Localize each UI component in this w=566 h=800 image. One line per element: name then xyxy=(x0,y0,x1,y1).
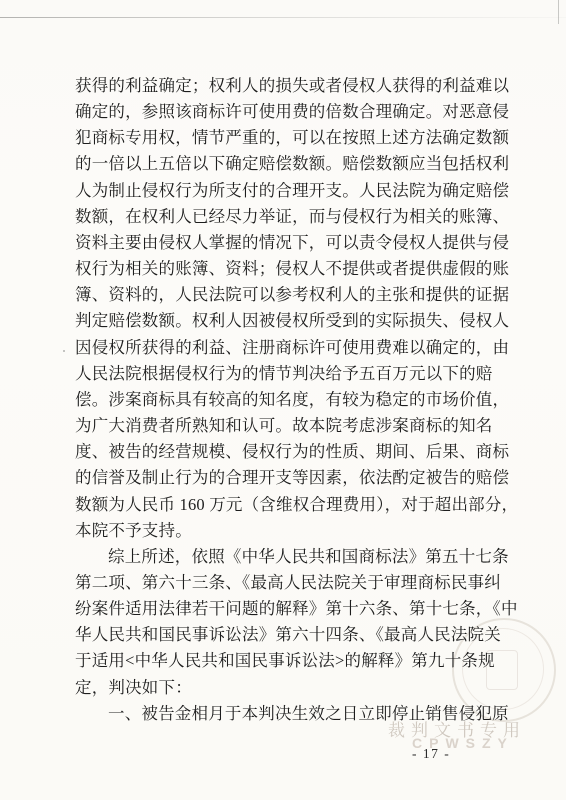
text-line: 度、被告的经营规模、侵权行为的性质、期间、后果、商标 xyxy=(75,439,490,465)
text-line: 第二项、第六十三条、《最高人民法院关于审理商标民事纠 xyxy=(75,570,490,596)
paragraph: 综上所述，依照《中华人民共和国商标法》第五十七条第二项、第六十三条、《最高人民法… xyxy=(75,544,490,701)
text-line: 为广大消费者所熟知和认可。故本院考虑涉案商标的知名 xyxy=(75,413,490,439)
text-line: 定，判决如下： xyxy=(75,675,490,701)
paragraph: 获得的利益确定；权利人的损失或者侵权人获得的利益难以确定的，参照该商标许可使用费… xyxy=(75,73,490,544)
text-line: 获得的利益确定；权利人的损失或者侵权人获得的利益难以 xyxy=(75,73,490,99)
text-line: 人为制止侵权行为所支付的合理开支。人民法院为确定赔偿 xyxy=(75,178,490,204)
text-block: 获得的利益确定；权利人的损失或者侵权人获得的利益难以确定的，参照该商标许可使用费… xyxy=(75,73,490,727)
text-line: 资料主要由侵权人掌握的情况下，可以责令侵权人提供与侵 xyxy=(75,230,490,256)
text-line: 权行为相关的账簿、资料；侵权人不提供或者提供虚假的账 xyxy=(75,256,490,282)
text-line: 纷案件适用法律若干问题的解释》第十六条、第十七条，《中 xyxy=(75,596,490,622)
scan-edge-tick xyxy=(558,0,559,24)
text-line: 华人民共和国民事诉讼法》第六十四条、《最高人民法院关 xyxy=(75,622,490,648)
text-line: 的一倍以上五倍以下确定赔偿数额。赔偿数额应当包括权利 xyxy=(75,151,490,177)
scan-speck xyxy=(63,350,65,352)
text-line: 于适用<中华人民共和国民事诉讼法>的解释》第九十条规 xyxy=(75,648,490,674)
text-line: 判定赔偿数额。权利人因被侵权所受到的实际损失、侵权人 xyxy=(75,308,490,334)
text-line: 综上所述，依照《中华人民共和国商标法》第五十七条 xyxy=(75,544,490,570)
document-page: 裁判文书专用 CPWSZY 获得的利益确定；权利人的损失或者侵权人获得的利益难以… xyxy=(0,0,566,800)
text-line: 数额，在权利人已经尽力举证，而与侵权行为相关的账簿、 xyxy=(75,204,490,230)
text-line: 本院不予支持。 xyxy=(75,518,490,544)
text-line: 人民法院根据侵权行为的情节判决给予五百万元以下的赔 xyxy=(75,361,490,387)
text-line: 偿。涉案商标具有较高的知名度，有较为稳定的市场价值， xyxy=(75,387,490,413)
text-line: 簿、资料的，人民法院可以参考权利人的主张和提供的证据 xyxy=(75,282,490,308)
text-line: 确定的，参照该商标许可使用费的倍数合理确定。对恶意侵 xyxy=(75,99,490,125)
text-line: 数额为人民币 160 万元（含维权合理费用），对于超出部分， xyxy=(75,492,490,518)
paragraph: 一、被告金相月于本判决生效之日立即停止销售侵犯原 xyxy=(75,701,490,727)
text-line: 因侵权所获得的利益、注册商标许可使用费难以确定的，由 xyxy=(75,335,490,361)
text-line: 犯商标专用权，情节严重的，可以在按照上述方法确定数额 xyxy=(75,125,490,151)
page-number: - 17 - xyxy=(412,746,450,762)
text-line: 的信誉及制止行为的合理开支等因素，依法酌定被告的赔偿 xyxy=(75,465,490,491)
scan-edge-line xyxy=(0,17,566,18)
text-line: 一、被告金相月于本判决生效之日立即停止销售侵犯原 xyxy=(75,701,490,727)
